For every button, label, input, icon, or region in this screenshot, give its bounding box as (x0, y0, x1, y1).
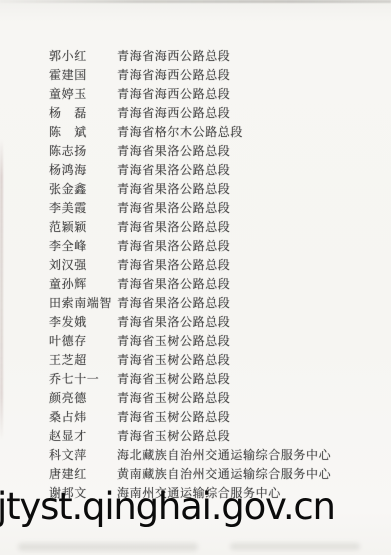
roster-row: 王芝超 青海省玉树公路总段 (49, 350, 391, 369)
person-name: 陈 斌 (49, 123, 117, 140)
person-name: 田索南端智 (49, 294, 117, 311)
name-roster-list: 郭小红 青海省海西公路总段 霍建国 青海省海西公路总段 童婷玉 青海省海西公路总… (49, 46, 391, 502)
person-name: 桑占炜 (49, 408, 117, 425)
organization-name: 青海省格尔木公路总段 (117, 123, 243, 140)
person-name: 杨 磊 (49, 104, 117, 121)
roster-row: 童孙辉 青海省果洛公路总段 (49, 274, 391, 293)
roster-row: 叶德存 青海省玉树公路总段 (49, 331, 391, 350)
scan-artifact (230, 543, 360, 550)
roster-row: 陈志扬 青海省果洛公路总段 (49, 141, 391, 160)
roster-row: 李发娥 青海省果洛公路总段 (49, 312, 391, 331)
person-name: 李全峰 (49, 237, 117, 254)
organization-name: 青海省海西公路总段 (117, 85, 230, 102)
person-name: 陈志扬 (49, 142, 117, 159)
organization-name: 青海省果洛公路总段 (117, 275, 230, 292)
scan-left-edge-smudge (0, 140, 3, 440)
organization-name: 青海省玉树公路总段 (117, 332, 230, 349)
roster-row: 乔七十一 青海省玉树公路总段 (49, 369, 391, 388)
person-name: 赵显才 (49, 427, 117, 444)
person-name: 刘汉强 (49, 256, 117, 273)
organization-name: 青海省海西公路总段 (117, 104, 230, 121)
person-name: 范颖颖 (49, 218, 117, 235)
organization-name: 青海省玉树公路总段 (117, 351, 230, 368)
organization-name: 黄南藏族自治州交通运输综合服务中心 (117, 465, 331, 482)
roster-row: 田索南端智 青海省果洛公路总段 (49, 293, 391, 312)
organization-name: 青海省玉树公路总段 (117, 427, 230, 444)
organization-name: 青海省玉树公路总段 (117, 408, 230, 425)
roster-row: 杨鸿海 青海省果洛公路总段 (49, 160, 391, 179)
person-name: 乔七十一 (49, 370, 117, 387)
organization-name: 青海省果洛公路总段 (117, 142, 230, 159)
roster-row: 范颖颖 青海省果洛公路总段 (49, 217, 391, 236)
person-name: 颜亮德 (49, 389, 117, 406)
person-name: 李发娥 (49, 313, 117, 330)
organization-name: 青海省玉树公路总段 (117, 370, 230, 387)
roster-row: 郭小红 青海省海西公路总段 (49, 46, 391, 65)
organization-name: 青海省果洛公路总段 (117, 218, 230, 235)
person-name: 叶德存 (49, 332, 117, 349)
person-name: 张金鑫 (49, 180, 117, 197)
roster-row: 桑占炜 青海省玉树公路总段 (49, 407, 391, 426)
organization-name: 青海省玉树公路总段 (117, 389, 230, 406)
roster-row: 陈 斌 青海省格尔木公路总段 (49, 122, 391, 141)
organization-name: 青海省果洛公路总段 (117, 161, 230, 178)
person-name: 童孙辉 (49, 275, 117, 292)
organization-name: 青海省海西公路总段 (117, 66, 230, 83)
person-name: 童婷玉 (49, 85, 117, 102)
person-name: 郭小红 (49, 47, 117, 64)
organization-name: 青海省海西公路总段 (117, 47, 230, 64)
person-name: 唐建红 (49, 465, 117, 482)
roster-row: 李全峰 青海省果洛公路总段 (49, 236, 391, 255)
roster-row: 李美霞 青海省果洛公路总段 (49, 198, 391, 217)
roster-row: 童婷玉 青海省海西公路总段 (49, 84, 391, 103)
scan-top-edge (0, 0, 391, 3)
roster-row: 赵显才 青海省玉树公路总段 (49, 426, 391, 445)
organization-name: 青海省果洛公路总段 (117, 237, 230, 254)
roster-row: 霍建国 青海省海西公路总段 (49, 65, 391, 84)
organization-name: 青海省果洛公路总段 (117, 199, 230, 216)
person-name: 李美霞 (49, 199, 117, 216)
organization-name: 青海省果洛公路总段 (117, 313, 230, 330)
person-name: 科文萍 (49, 446, 117, 463)
roster-row: 刘汉强 青海省果洛公路总段 (49, 255, 391, 274)
person-name: 霍建国 (49, 66, 117, 83)
scan-artifact (18, 543, 198, 551)
person-name: 杨鸿海 (49, 161, 117, 178)
roster-row: 杨 磊 青海省海西公路总段 (49, 103, 391, 122)
roster-row: 颜亮德 青海省玉树公路总段 (49, 388, 391, 407)
organization-name: 青海省果洛公路总段 (117, 180, 230, 197)
roster-row: 张金鑫 青海省果洛公路总段 (49, 179, 391, 198)
organization-name: 青海省果洛公路总段 (117, 294, 230, 311)
website-watermark: jtyst.qinghai.gov.cn (0, 488, 335, 525)
organization-name: 青海省果洛公路总段 (117, 256, 230, 273)
roster-row: 科文萍 海北藏族自治州交通运输综合服务中心 (49, 445, 391, 464)
organization-name: 海北藏族自治州交通运输综合服务中心 (117, 446, 331, 463)
person-name: 王芝超 (49, 351, 117, 368)
roster-row: 唐建红 黄南藏族自治州交通运输综合服务中心 (49, 464, 391, 483)
